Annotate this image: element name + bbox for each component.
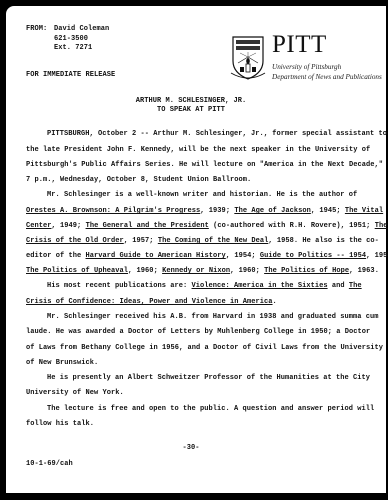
from-block: FROM:David Coleman 621-3500 Ext. 7271 bbox=[26, 25, 109, 54]
body-line: laude. He was awarded a Doctor of Letter… bbox=[26, 328, 370, 336]
letterhead-university: University of Pittsburgh bbox=[272, 63, 341, 71]
books-line-4: editor of the Harvard Guide to American … bbox=[26, 252, 388, 260]
recent-pubs-line: His most recent publications are: Violen… bbox=[47, 282, 362, 290]
body-line: Pittsburgh's Public Affairs Series. He w… bbox=[26, 161, 383, 169]
body-line: Mr. Schlesinger received his A.B. from H… bbox=[47, 313, 379, 321]
from-label: FROM: bbox=[26, 25, 54, 35]
body-line: follow his talk. bbox=[26, 420, 94, 428]
body-line: University of New York. bbox=[26, 389, 124, 397]
extension: Ext. 7271 bbox=[54, 44, 92, 54]
university-seal-icon bbox=[230, 35, 266, 81]
body-line: of New Brunswick. bbox=[26, 359, 98, 367]
books-line-5: The Politics of Upheaval, 1960; Kennedy … bbox=[26, 267, 379, 275]
books-line-2: Center, 1949; The General and the Presid… bbox=[26, 222, 387, 230]
body-line: Mr. Schlesinger is a well-known writer a… bbox=[47, 191, 357, 199]
body-line: 7 p.m., Wednesday, October 8, Student Un… bbox=[26, 176, 251, 184]
headline-line-1: ARTHUR M. SCHLESINGER, JR. bbox=[6, 97, 376, 105]
end-mark: -30- bbox=[6, 444, 376, 452]
letterhead-title: PITT bbox=[272, 31, 327, 59]
books-line-1: Orestes A. Brownson: A Pilgrim's Progres… bbox=[26, 207, 383, 215]
body-line: The lecture is free and open to the publ… bbox=[47, 405, 374, 413]
press-release-page: FROM:David Coleman 621-3500 Ext. 7271 FO… bbox=[6, 6, 386, 493]
body-line: PITTSBURGH, October 2 -- Arthur M. Schle… bbox=[47, 130, 387, 138]
body-line: of Laws from Bethany College in 1956, an… bbox=[26, 344, 383, 352]
file-code: 10-1-69/cah bbox=[26, 460, 73, 468]
recent-pubs-line-2: Crisis of Confidence: Ideas, Power and V… bbox=[26, 298, 277, 306]
headline-line-2: TO SPEAK AT PITT bbox=[6, 106, 376, 114]
phone: 621-3500 bbox=[54, 35, 88, 45]
release-notice: FOR IMMEDIATE RELEASE bbox=[26, 71, 115, 79]
from-name: David Coleman bbox=[54, 25, 109, 35]
letterhead-department: Department of News and Publications bbox=[272, 73, 382, 81]
body-line: the late President John F. Kennedy, will… bbox=[26, 146, 370, 154]
body-line: He is presently an Albert Schweitzer Pro… bbox=[47, 374, 370, 382]
books-line-3: Crisis of the Old Order, 1957; The Comin… bbox=[26, 237, 379, 245]
